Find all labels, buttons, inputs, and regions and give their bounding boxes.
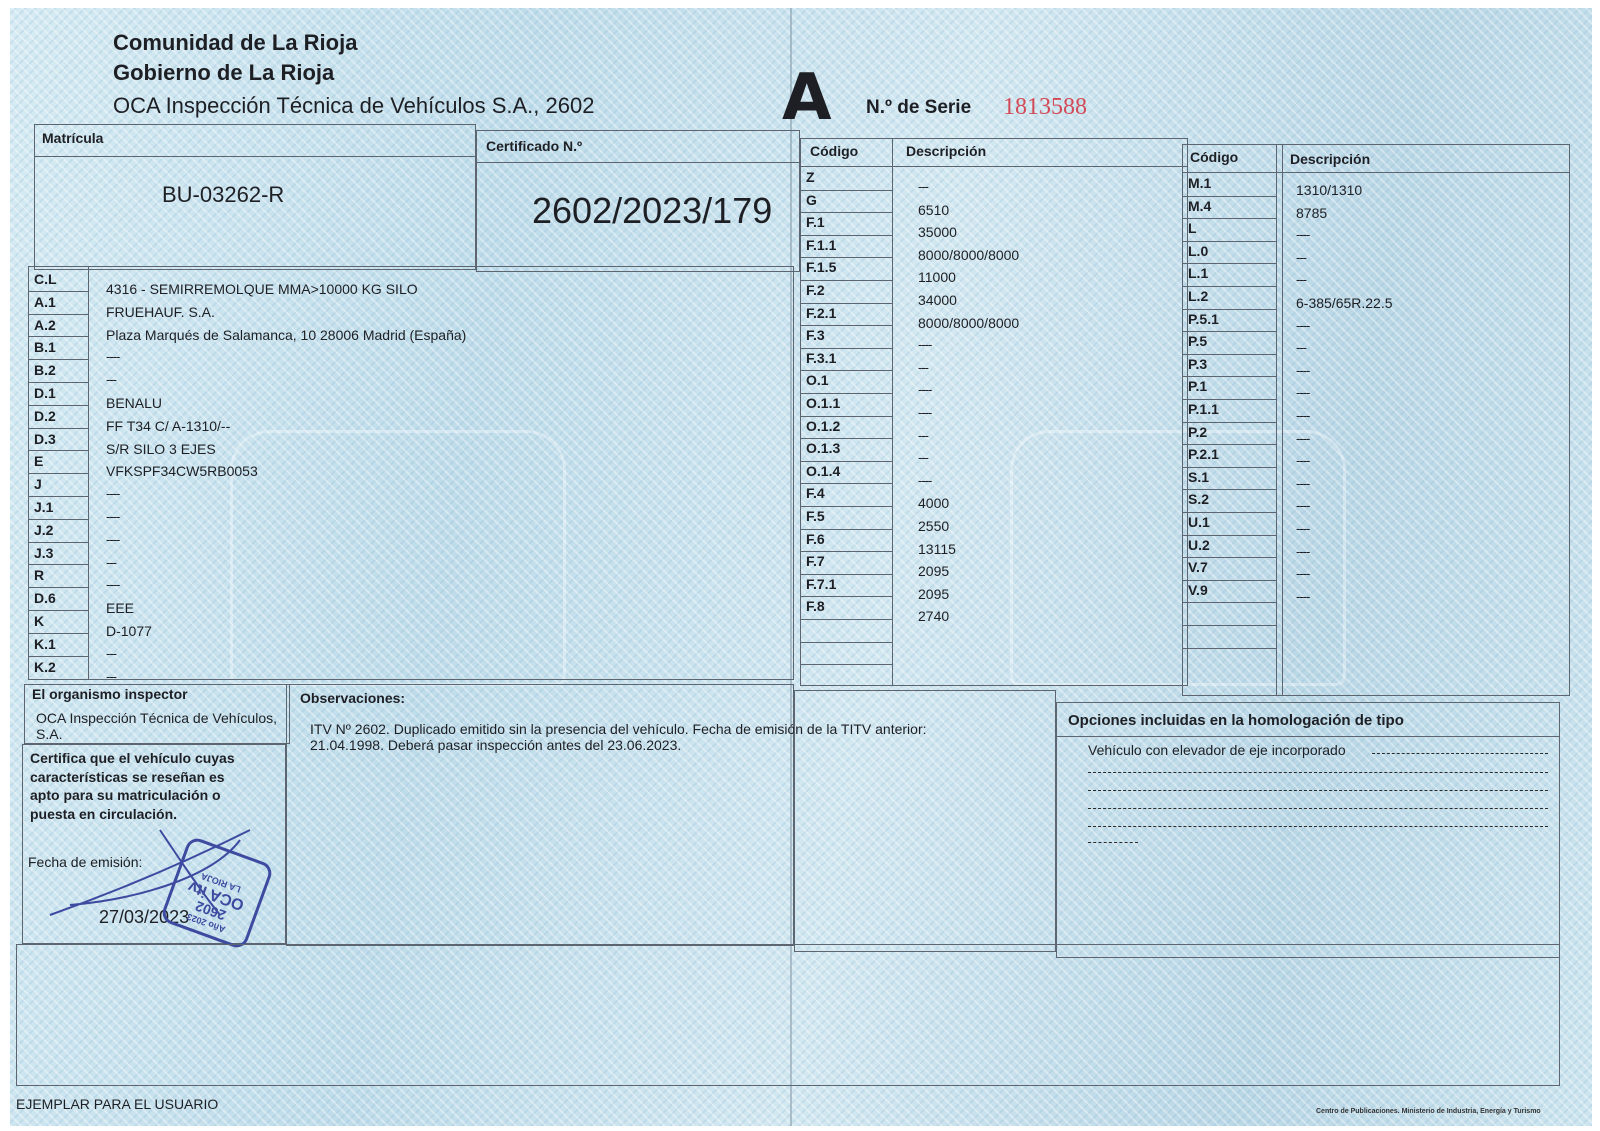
field-code: J.3 — [34, 545, 53, 561]
row-divider — [800, 303, 892, 304]
row-divider — [28, 587, 88, 588]
right-row-value: ---- — [1296, 521, 1309, 536]
row-divider — [28, 382, 88, 383]
right-row-value: 8785 — [1296, 205, 1327, 221]
field-value: ---- — [106, 532, 119, 547]
right-row-value: --- — [1296, 340, 1306, 355]
row-divider — [28, 405, 88, 406]
right-row-value: ---- — [1296, 227, 1309, 242]
right-row-value: ---- — [1296, 318, 1309, 333]
row-divider — [28, 633, 88, 634]
right-row-code: P.2 — [1188, 424, 1207, 440]
mid-row-code: O.1.4 — [806, 463, 840, 479]
mid-row-value: 11000 — [918, 269, 956, 285]
mid-row-value: 4000 — [918, 495, 949, 511]
opciones-box — [1056, 702, 1560, 958]
row-divider — [1182, 580, 1276, 581]
certifies-line: características se reseñan es — [30, 769, 225, 785]
right-col-desc: Descripción — [1290, 151, 1370, 167]
row-divider — [800, 574, 892, 575]
mid-row-value: 8000/8000/8000 — [918, 247, 1019, 263]
mid-row-code: F.5 — [806, 508, 825, 524]
mid-row-value: --- — [918, 360, 928, 375]
field-code: J.2 — [34, 522, 53, 538]
field-value: ---- — [106, 486, 119, 501]
right-col-code: Código — [1190, 149, 1238, 165]
row-divider — [800, 348, 892, 349]
row-divider — [28, 542, 88, 543]
field-code: B.2 — [34, 362, 56, 378]
field-code: E — [34, 453, 43, 469]
dashed-line — [1088, 826, 1548, 827]
field-value: --- — [106, 555, 116, 570]
field-value: VFKSPF34CW5RB0053 — [106, 463, 258, 479]
field-code: K — [34, 613, 44, 629]
mid-row-value: 6510 — [918, 202, 949, 218]
mid-row-value: ---- — [918, 405, 931, 420]
field-code: D.6 — [34, 590, 56, 606]
field-value: EEE — [106, 600, 134, 616]
right-row-code: P.5.1 — [1188, 311, 1219, 327]
row-divider — [800, 642, 892, 643]
mid-col-code: Código — [810, 143, 858, 159]
row-divider — [800, 619, 892, 620]
row-divider — [800, 596, 892, 597]
mid-row-code: O.1.2 — [806, 418, 840, 434]
field-code: A.1 — [34, 294, 56, 310]
row-divider — [800, 461, 892, 462]
certifies-line: Certifica que el vehículo cuyas — [30, 750, 235, 766]
mid-code-table — [800, 138, 1188, 686]
right-row-code: P.2.1 — [1188, 446, 1219, 462]
right-row-value: ---- — [1296, 453, 1309, 468]
inspector-label: El organismo inspector — [32, 686, 188, 702]
mid-row-code: O.1.3 — [806, 440, 840, 456]
row-divider — [800, 416, 892, 417]
row-divider — [1182, 218, 1276, 219]
dashed-line — [1088, 790, 1548, 791]
field-value: --- — [106, 669, 116, 684]
row-divider — [1182, 602, 1276, 603]
mid-row-code: F.3 — [806, 327, 825, 343]
row-divider — [28, 656, 88, 657]
row-divider — [800, 506, 892, 507]
copy-label: EJEMPLAR PARA EL USUARIO — [16, 1096, 218, 1112]
row-divider — [1182, 241, 1276, 242]
right-row-code: M.1 — [1188, 175, 1211, 191]
row-divider — [28, 336, 88, 337]
right-row-value: --- — [1296, 250, 1306, 265]
serie-label: N.º de Serie — [866, 97, 971, 119]
right-row-value: --- — [1296, 272, 1306, 287]
row-divider — [28, 564, 88, 565]
field-value: FF T34 C/ A-1310/-- — [106, 418, 230, 434]
observaciones-label: Observaciones: — [300, 690, 405, 706]
mid-row-code: F.2.1 — [806, 305, 836, 321]
mid-row-code: F.1 — [806, 214, 825, 230]
field-value: FRUEHAUF. S.A. — [106, 304, 215, 320]
mid-row-value: 8000/8000/8000 — [918, 315, 1019, 331]
row-divider — [28, 359, 88, 360]
row-divider — [28, 291, 88, 292]
right-row-code: U.2 — [1188, 537, 1210, 553]
right-row-code: S.2 — [1188, 491, 1209, 507]
mid-row-value: 2095 — [918, 586, 949, 602]
field-value: ---- — [106, 509, 119, 524]
row-divider — [800, 529, 892, 530]
middle-empty-box — [794, 690, 1056, 952]
row-divider — [1182, 263, 1276, 264]
right-row-value: ---- — [1296, 498, 1309, 513]
row-divider — [800, 212, 892, 213]
row-divider — [800, 393, 892, 394]
field-value: --- — [106, 646, 116, 661]
category-letter: A — [782, 66, 832, 130]
mid-row-code: F.1.5 — [806, 259, 836, 275]
mid-row-value: ---- — [918, 382, 931, 397]
row-divider — [1182, 489, 1276, 490]
row-divider — [1182, 331, 1276, 332]
right-row-value: ---- — [1296, 566, 1309, 581]
right-row-value: ---- — [1296, 589, 1309, 604]
right-row-code: L.1 — [1188, 265, 1208, 281]
mid-row-value: 2550 — [918, 518, 949, 534]
right-code-table — [1182, 144, 1570, 696]
row-divider — [1182, 354, 1276, 355]
certificado-value: 2602/2023/179 — [532, 190, 772, 232]
row-divider — [1182, 535, 1276, 536]
certifies-line: apto para su matriculación o — [30, 787, 221, 803]
row-divider — [28, 496, 88, 497]
mid-col-desc: Descripción — [906, 143, 986, 159]
mid-row-value: --- — [918, 450, 928, 465]
mid-row-code: F.3.1 — [806, 350, 836, 366]
right-row-value: ---- — [1296, 363, 1309, 378]
row-divider — [1182, 399, 1276, 400]
right-row-value: 6-385/65R.22.5 — [1296, 295, 1393, 311]
publisher: Centro de Publicaciones. Ministerio de I… — [1316, 1108, 1541, 1115]
field-value: Plaza Marqués de Salamanca, 10 28006 Mad… — [106, 327, 466, 343]
dashed-line — [1088, 842, 1138, 843]
right-row-code: P.3 — [1188, 356, 1207, 372]
row-divider — [800, 551, 892, 552]
field-code: K.2 — [34, 659, 56, 675]
signature-scribble — [40, 820, 270, 930]
field-code: D.2 — [34, 408, 56, 424]
row-divider — [1182, 196, 1276, 197]
right-row-value: ---- — [1296, 385, 1309, 400]
row-divider — [800, 370, 892, 371]
right-row-code: L — [1188, 220, 1197, 236]
right-row-code: L.0 — [1188, 243, 1208, 259]
right-row-value: ---- — [1296, 544, 1309, 559]
right-row-code: V.9 — [1188, 582, 1208, 598]
row-divider — [1182, 286, 1276, 287]
mid-row-value: ---- — [918, 473, 931, 488]
mid-row-value: ---- — [918, 337, 931, 352]
field-code: K.1 — [34, 636, 56, 652]
right-row-code: L.2 — [1188, 288, 1208, 304]
row-divider — [1182, 467, 1276, 468]
dashed-line — [1088, 772, 1548, 773]
field-value: ---- — [106, 577, 119, 592]
row-divider — [1182, 376, 1276, 377]
row-divider — [1182, 422, 1276, 423]
field-value: 4316 - SEMIRREMOLQUE MMA>10000 KG SILO — [106, 281, 418, 297]
mid-row-code: F.2 — [806, 282, 825, 298]
mid-row-code: O.1 — [806, 372, 829, 388]
row-divider — [800, 664, 892, 665]
mid-row-value: --- — [918, 179, 928, 194]
row-divider — [800, 235, 892, 236]
field-value: BENALU — [106, 395, 162, 411]
right-row-code: P.5 — [1188, 333, 1207, 349]
field-code: R — [34, 567, 44, 583]
matricula-label: Matrícula — [42, 130, 103, 146]
right-row-code: U.1 — [1188, 514, 1210, 530]
mid-row-code: F.7 — [806, 553, 825, 569]
mid-row-value: --- — [918, 428, 928, 443]
row-divider — [800, 325, 892, 326]
row-divider — [1182, 309, 1276, 310]
inspector-name-1: OCA Inspección Técnica de Vehículos, — [36, 710, 277, 726]
mid-row-value: 2095 — [918, 563, 949, 579]
row-divider — [800, 438, 892, 439]
row-divider — [28, 428, 88, 429]
mid-row-value: 34000 — [918, 292, 957, 308]
right-row-code: P.1.1 — [1188, 401, 1219, 417]
field-code: D.3 — [34, 431, 56, 447]
mid-row-code: Z — [806, 169, 815, 185]
opciones-label: Opciones incluidas en la homologación de… — [1068, 712, 1404, 729]
field-code: C.L — [34, 271, 57, 287]
right-row-value: ---- — [1296, 476, 1309, 491]
right-row-value: 1310/1310 — [1296, 182, 1362, 198]
right-row-value: ---- — [1296, 431, 1309, 446]
row-divider — [1182, 625, 1276, 626]
mid-row-code: F.7.1 — [806, 576, 836, 592]
field-value: ---- — [106, 349, 119, 364]
row-divider — [800, 190, 892, 191]
row-divider — [28, 610, 88, 611]
field-value: --- — [106, 372, 116, 387]
right-row-code: S.1 — [1188, 469, 1209, 485]
mid-row-code: O.1.1 — [806, 395, 840, 411]
mid-row-value: 35000 — [918, 224, 957, 240]
dashed-line — [1372, 753, 1548, 754]
mid-row-code: F.1.1 — [806, 237, 836, 253]
mid-row-value: 2740 — [918, 608, 949, 624]
right-row-value: ---- — [1296, 408, 1309, 423]
mid-row-code: F.6 — [806, 531, 825, 547]
mid-row-code: F.4 — [806, 485, 825, 501]
row-divider — [1182, 444, 1276, 445]
row-divider — [28, 450, 88, 451]
mid-row-code: G — [806, 192, 817, 208]
header-community: Comunidad de La Rioja — [113, 30, 357, 56]
serie-number: 1813588 — [1003, 94, 1087, 121]
row-divider — [800, 280, 892, 281]
row-divider — [1182, 557, 1276, 558]
row-divider — [28, 314, 88, 315]
row-divider — [800, 483, 892, 484]
field-code: A.2 — [34, 317, 56, 333]
certificado-label: Certificado N.º — [486, 138, 582, 154]
right-row-code: V.7 — [1188, 559, 1208, 575]
field-code: J — [34, 476, 42, 492]
opciones-line1: Vehículo con elevador de eje incorporado — [1088, 742, 1346, 758]
row-divider — [1182, 512, 1276, 513]
matricula-value: BU-03262-R — [162, 182, 284, 208]
row-divider — [28, 473, 88, 474]
inspector-name-2: S.A. — [36, 726, 62, 742]
header-government: Gobierno de La Rioja — [113, 60, 334, 86]
field-code: B.1 — [34, 339, 56, 355]
right-row-code: M.4 — [1188, 198, 1211, 214]
row-divider — [28, 519, 88, 520]
mid-row-value: 13115 — [918, 541, 956, 557]
row-divider — [1182, 648, 1276, 649]
field-value: S/R SILO 3 EJES — [106, 441, 216, 457]
bottom-blank-box — [16, 944, 1560, 1086]
row-divider — [800, 257, 892, 258]
mid-row-code: F.8 — [806, 598, 825, 614]
field-code: J.1 — [34, 499, 53, 515]
dashed-line — [1088, 808, 1548, 809]
observaciones-line2: 21.04.1998. Deberá pasar inspección ante… — [310, 737, 681, 753]
field-value: D-1077 — [106, 623, 152, 639]
header-oca: OCA Inspección Técnica de Vehículos S.A.… — [113, 93, 594, 119]
field-code: D.1 — [34, 385, 56, 401]
right-row-code: P.1 — [1188, 378, 1207, 394]
